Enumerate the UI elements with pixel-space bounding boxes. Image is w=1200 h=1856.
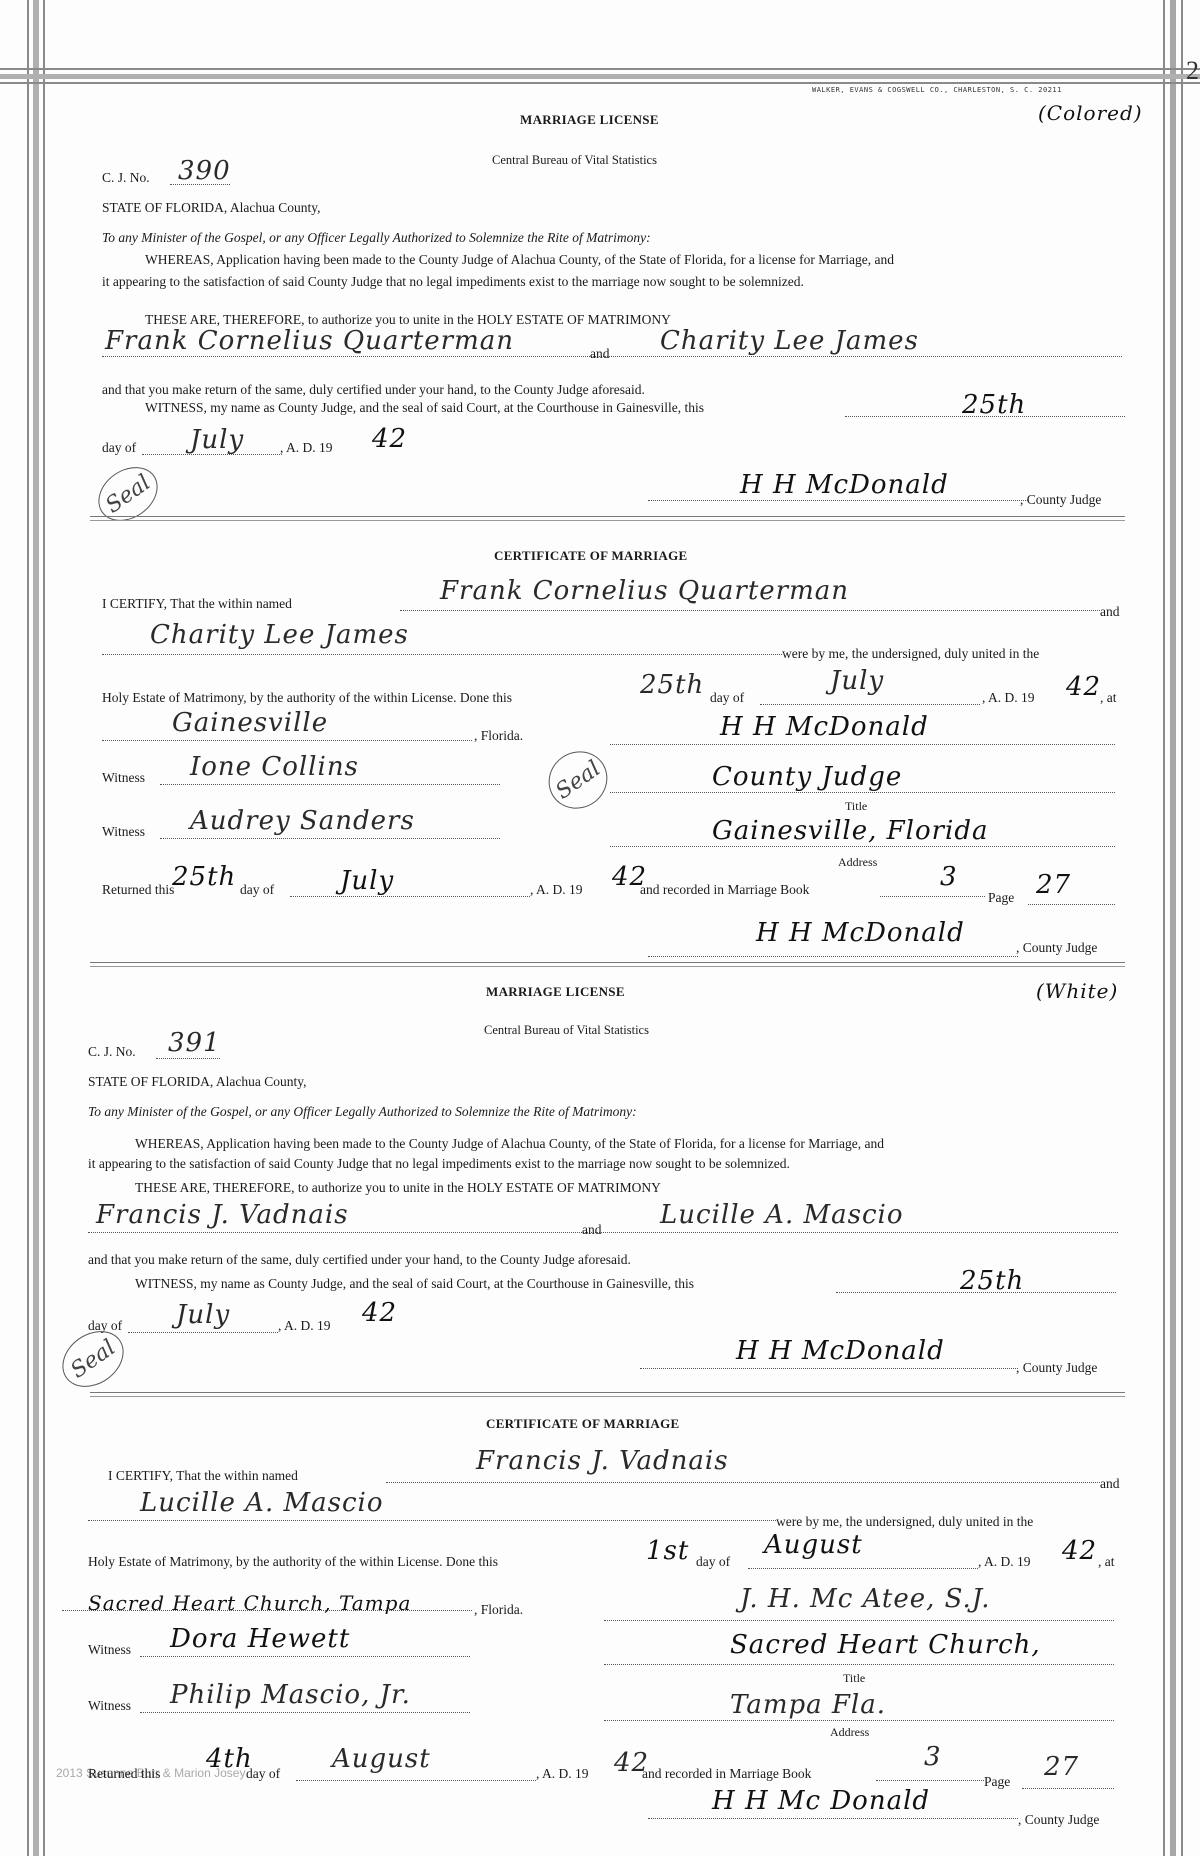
title-label: Title <box>845 798 867 814</box>
recorder-signature: H H Mc Donald <box>712 1786 930 1816</box>
bureau-name: Central Bureau of Vital Statistics <box>484 1022 649 1038</box>
witness-1-name: Dora Hewett <box>170 1624 350 1654</box>
page-label: Page <box>988 890 1014 906</box>
address-line: To any Minister of the Gospel, or any Of… <box>88 1104 637 1120</box>
title-label: Title <box>843 1670 865 1686</box>
certify-label: I CERTIFY, That the within named <box>108 1468 298 1484</box>
marriage-book-number: 3 <box>940 862 958 892</box>
issue-year: 42 <box>372 424 407 454</box>
recorder-signature: H H McDonald <box>756 918 965 948</box>
cj-label: C. J. No. <box>88 1044 136 1060</box>
returned-day-of-label: day of <box>240 882 274 898</box>
state-line: STATE OF FLORIDA, Alachua County, <box>88 1074 307 1090</box>
left-border-line <box>43 0 45 1856</box>
bureau-name: Central Bureau of Vital Statistics <box>492 152 657 168</box>
returned-day-of-label: day of <box>246 1766 280 1782</box>
cj-number: 391 <box>168 1028 221 1058</box>
return-line: and that you make return of the same, du… <box>102 382 645 398</box>
returned-day: 25th <box>172 862 236 892</box>
ceremony-year: 42 <box>1062 1536 1097 1566</box>
issue-day: 25th <box>960 1266 1024 1296</box>
record-divider <box>90 962 1125 967</box>
document-page: WALKER, EVANS & COGSWELL CO., CHARLESTON… <box>0 0 1200 1856</box>
address-label: Address <box>838 854 877 870</box>
ceremony-place: Sacred Heart Church, Tampa <box>88 1588 411 1618</box>
issue-month: July <box>190 425 244 455</box>
page-number: 27 <box>1044 1752 1079 1782</box>
right-border-line <box>1181 0 1183 1856</box>
license-title: MARRIAGE LICENSE <box>520 112 659 128</box>
judge-signature: H H McDonald <box>740 470 949 500</box>
whereas-line-1: WHEREAS, Application having been made to… <box>145 252 894 268</box>
page-corner-mark: 2 <box>1186 56 1199 86</box>
officiant-address: Tampa Fla. <box>730 1690 886 1720</box>
united-label: were by me, the undersigned, duly united… <box>782 646 1039 662</box>
holy-estate-label: Holy Estate of Matrimony, by the authori… <box>88 1554 498 1570</box>
issue-year: 42 <box>362 1298 397 1328</box>
certify-label: I CERTIFY, That the within named <box>102 596 292 612</box>
address-line: To any Minister of the Gospel, or any Of… <box>102 230 651 246</box>
bride-name: Charity Lee James <box>660 326 919 356</box>
day-of-label: day of <box>696 1554 730 1570</box>
florida-label: , Florida. <box>474 728 523 744</box>
and-label: and <box>582 1222 602 1238</box>
bride-name: Charity Lee James <box>150 620 409 650</box>
certificate-title: CERTIFICATE OF MARRIAGE <box>486 1416 680 1432</box>
address-label: Address <box>830 1724 869 1740</box>
officiant-title: County Judge <box>712 762 902 792</box>
and-label: and <box>1100 1476 1120 1492</box>
section-divider <box>90 1392 1125 1397</box>
section-divider <box>90 516 1125 521</box>
county-judge-label: , County Judge <box>1016 940 1097 956</box>
ad-label: , A. D. 19 <box>982 690 1035 706</box>
officiant-title: Sacred Heart Church, <box>730 1630 1041 1660</box>
right-border-line <box>1163 0 1165 1856</box>
groom-name: Francis J. Vadnais <box>96 1200 349 1230</box>
recorded-label: and recorded in Marriage Book <box>642 1766 811 1782</box>
bride-name: Lucille A. Mascio <box>140 1488 383 1518</box>
returned-label: Returned this <box>88 1766 160 1782</box>
issue-month: July <box>176 1300 230 1330</box>
whereas-line-2: it appearing to the satisfaction of said… <box>88 1156 790 1172</box>
ad-label: , A. D. 19 <box>978 1554 1031 1570</box>
witness-2-label: Witness <box>88 1698 131 1714</box>
and-label: and <box>1100 604 1120 620</box>
certificate-title: CERTIFICATE OF MARRIAGE <box>494 548 688 564</box>
race-annotation: (Colored) <box>1038 98 1143 128</box>
left-border-band <box>33 0 39 1856</box>
judge-signature: H H McDonald <box>736 1336 945 1366</box>
returned-month: July <box>340 866 394 896</box>
seal-mark: Seal <box>537 740 618 820</box>
ceremony-month: July <box>830 666 884 696</box>
and-label: and <box>590 346 610 362</box>
ceremony-year: 42 <box>1066 672 1101 702</box>
right-border-band <box>1170 0 1176 1856</box>
license-title: MARRIAGE LICENSE <box>486 984 625 1000</box>
printer-imprint: WALKER, EVANS & COGSWELL CO., CHARLESTON… <box>812 86 1062 94</box>
bride-name: Lucille A. Mascio <box>660 1200 903 1230</box>
florida-label: , Florida. <box>474 1602 523 1618</box>
ad-label: , A. D. 19 <box>278 1318 331 1334</box>
day-of-label: day of <box>710 690 744 706</box>
page-label: Page <box>984 1774 1010 1790</box>
at-label: , at <box>1100 690 1117 706</box>
witness-1-label: Witness <box>88 1642 131 1658</box>
witness-line: WITNESS, my name as County Judge, and th… <box>145 400 704 416</box>
recorded-label: and recorded in Marriage Book <box>640 882 809 898</box>
county-judge-label: , County Judge <box>1018 1812 1099 1828</box>
returned-ad-label: , A. D. 19 <box>536 1766 589 1782</box>
issue-day: 25th <box>962 390 1026 420</box>
race-annotation: (White) <box>1036 976 1118 1006</box>
cj-label: C. J. No. <box>102 170 150 186</box>
ceremony-month: August <box>764 1530 863 1560</box>
witness-line: WITNESS, my name as County Judge, and th… <box>135 1276 694 1292</box>
state-line: STATE OF FLORIDA, Alachua County, <box>102 200 321 216</box>
ceremony-day: 25th <box>640 670 704 700</box>
witness-1-label: Witness <box>102 770 145 786</box>
returned-month: August <box>332 1744 431 1774</box>
whereas-line-1: WHEREAS, Application having been made to… <box>135 1136 884 1152</box>
page-number: 27 <box>1036 870 1071 900</box>
returned-label: Returned this <box>102 882 174 898</box>
holy-estate-label: Holy Estate of Matrimony, by the authori… <box>102 690 512 706</box>
county-judge-label: , County Judge <box>1016 1360 1097 1376</box>
united-label: were by me, the undersigned, duly united… <box>776 1514 1033 1530</box>
ad-label: , A. D. 19 <box>280 440 333 456</box>
groom-name: Frank Cornelius Quarterman <box>440 576 849 606</box>
groom-name: Francis J. Vadnais <box>476 1446 729 1476</box>
witness-2-label: Witness <box>102 824 145 840</box>
witness-2-name: Philip Mascio, Jr. <box>170 1680 411 1710</box>
witness-1-name: Ione Collins <box>190 752 359 782</box>
officiant-signature: H H McDonald <box>720 712 929 742</box>
top-border-band <box>0 68 1200 86</box>
marriage-book-number: 3 <box>924 1742 942 1772</box>
day-of-label: day of <box>102 440 136 456</box>
these-are-line: THESE ARE, THEREFORE, to authorize you t… <box>135 1180 661 1196</box>
groom-name: Frank Cornelius Quarterman <box>105 326 514 356</box>
county-judge-label: , County Judge <box>1020 492 1101 508</box>
witness-2-name: Audrey Sanders <box>190 806 415 836</box>
cj-number: 390 <box>178 156 231 186</box>
ceremony-place: Gainesville <box>172 708 328 738</box>
at-label: , at <box>1098 1554 1115 1570</box>
ceremony-day: 1st <box>646 1536 689 1566</box>
officiant-signature: J. H. Mc Atee, S.J. <box>740 1584 990 1614</box>
return-line: and that you make return of the same, du… <box>88 1252 631 1268</box>
left-border-line <box>27 0 29 1856</box>
officiant-address: Gainesville, Florida <box>712 816 989 846</box>
returned-ad-label: , A. D. 19 <box>530 882 583 898</box>
whereas-line-2: it appearing to the satisfaction of said… <box>102 274 804 290</box>
